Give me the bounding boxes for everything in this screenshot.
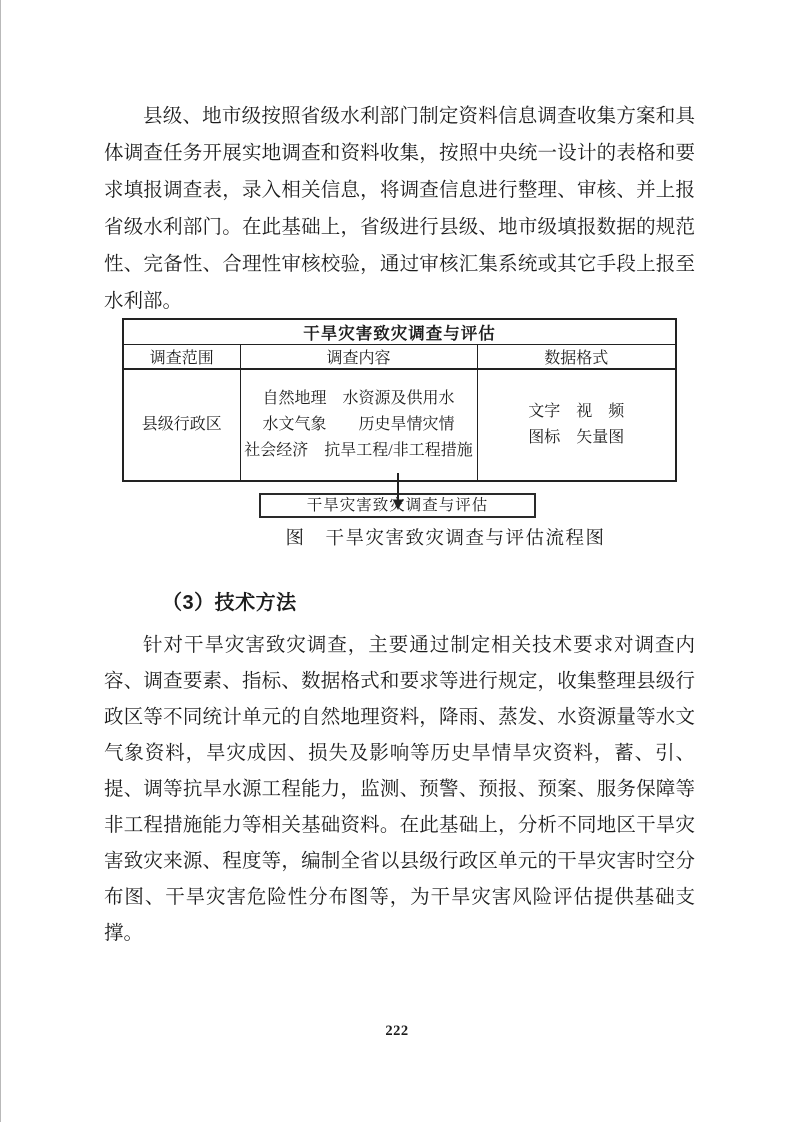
flow-connector: [390, 473, 406, 511]
page-number: 222: [1, 1023, 793, 1040]
cell-scope: 县级行政区: [123, 369, 240, 481]
figure-caption: 图 干旱灾害致灾调查与评估流程图: [104, 524, 695, 550]
cell-content: 自然地理 水资源及供用水 水文气象 历史旱情灾情 社会经济 抗旱工程/非工程措施: [240, 369, 477, 481]
down-arrow-icon: [390, 473, 406, 511]
paragraph-technical-method: 针对干旱灾害致灾调查，主要通过制定相关技术要求对调查内容、调查要素、指标、数据格…: [104, 628, 695, 952]
table-title: 干旱灾害致灾调查与评估: [123, 319, 676, 345]
col-header-content: 调查内容: [240, 345, 477, 370]
content-line: 水文气象 历史旱情灾情: [241, 412, 477, 438]
cell-format: 文字 视 频 图标 矢量图: [477, 369, 676, 481]
section-heading-technical-method: （3）技术方法: [162, 586, 297, 615]
content-line: 自然地理 水资源及供用水: [241, 386, 477, 412]
paragraph-data-collection: 县级、地市级按照省级水利部门制定资料信息调查收集方案和具体调查任务开展实地调查和…: [104, 98, 695, 320]
format-line: 文字 视 频: [478, 399, 676, 425]
col-header-scope: 调查范围: [123, 345, 240, 370]
format-line: 图标 矢量图: [478, 425, 676, 451]
document-page: 县级、地市级按照省级水利部门制定资料信息调查收集方案和具体调查任务开展实地调查和…: [0, 0, 793, 1122]
table-title-row: 干旱灾害致灾调查与评估: [123, 319, 676, 345]
table-data-row: 县级行政区 自然地理 水资源及供用水 水文气象 历史旱情灾情 社会经济 抗旱工程…: [123, 369, 676, 481]
survey-evaluation-table: 干旱灾害致灾调查与评估 调查范围 调查内容 数据格式 县级行政区 自然地理 水资…: [122, 318, 677, 482]
table-header-row: 调查范围 调查内容 数据格式: [123, 345, 676, 370]
col-header-format: 数据格式: [477, 345, 676, 370]
content-line: 社会经济 抗旱工程/非工程措施: [241, 438, 477, 464]
